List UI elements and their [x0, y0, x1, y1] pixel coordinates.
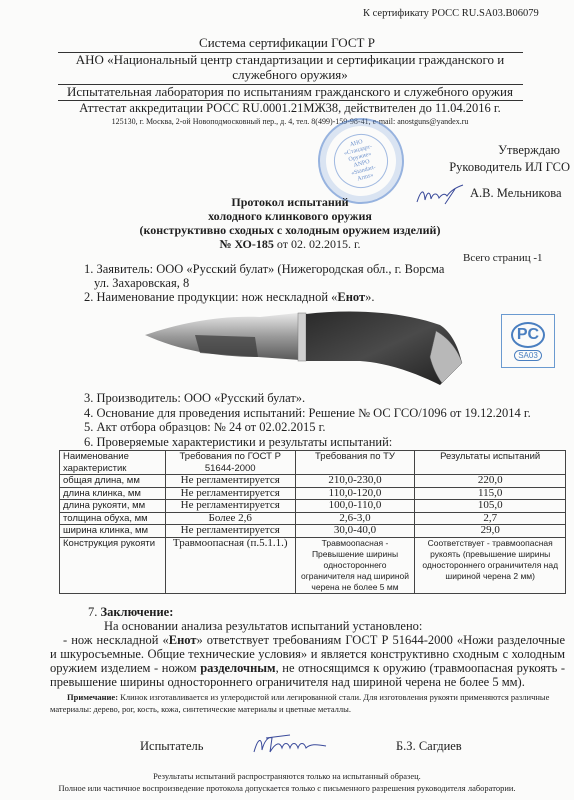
table-row: толщина обуха, мм Более 2,6 2,6-3,0 2,7 — [60, 512, 566, 525]
note-label: Примечание: — [67, 692, 118, 702]
cell: Травмоопасная (п.5.1.1.) — [165, 537, 295, 593]
table-row: Конструкция рукояти Травмоопасная (п.5.1… — [60, 537, 566, 593]
protocol-date: от 02. 02.2015. г. — [274, 237, 361, 251]
cell: Не регламентируется — [165, 500, 295, 513]
cell: Не регламентируется — [165, 487, 295, 500]
note: Примечание: Клинок изготавливается из уг… — [50, 691, 565, 715]
column-header: Требования по ГОСТ Р 51644-2000 — [165, 451, 295, 475]
gost-code: SA03 — [514, 350, 542, 361]
results-table: Наименование характеристик Требования по… — [59, 450, 566, 594]
table-row: длина рукояти, мм Не регламентируется 10… — [60, 500, 566, 513]
cell: 100,0-110,0 — [295, 500, 415, 513]
conclusion-knife-type: разделочным — [200, 661, 275, 675]
test-basis: 4. Основание для проведения испытаний: Р… — [84, 406, 564, 421]
cell: Более 2,6 — [165, 512, 295, 525]
column-header: Требования по ТУ — [295, 451, 415, 475]
cell: 210,0-230,0 — [295, 475, 415, 488]
product-label: 2. Наименование продукции: нож нескладно… — [84, 290, 337, 304]
cell: длина клинка, мм — [60, 487, 166, 500]
cell: 105,0 — [415, 500, 566, 513]
protocol-subtitle: холодного клинкового оружия — [100, 209, 480, 223]
protocol-title: Протокол испытаний — [100, 195, 480, 209]
column-header: Наименование характеристик — [60, 451, 166, 475]
certificate-reference: К сертификату РОСС RU.SA03.B06079 — [363, 8, 539, 19]
approval-position: Руководитель ИЛ ГСО — [430, 159, 570, 176]
sampling-act: 5. Акт отбора образцов: № 24 от 02.02.20… — [84, 420, 564, 435]
cell: 115,0 — [415, 487, 566, 500]
protocol-subtitle-2: (конструктивно сходных с холодным оружие… — [100, 223, 480, 237]
product-suffix: ». — [365, 290, 374, 304]
tester-name: Б.З. Сагдиев — [396, 739, 462, 754]
note-text: Клинок изготавливается из углеродистой и… — [50, 692, 549, 714]
protocol-title-block: Протокол испытаний холодного клинкового … — [100, 195, 480, 251]
signature-icon — [250, 732, 330, 758]
product-name: Енот — [337, 290, 365, 304]
table-row: длина клинка, мм Не регламентируется 110… — [60, 487, 566, 500]
cell: 2,7 — [415, 512, 566, 525]
cell: 2,6-3,0 — [295, 512, 415, 525]
info-items: 1. Заявитель: ООО «Русский булат» (Нижег… — [84, 262, 544, 304]
info-items-2: 3. Производитель: ООО «Русский булат». 4… — [84, 391, 564, 449]
system-title: Система сертификации ГОСТ Р — [0, 35, 574, 51]
accreditation-line: Аттестат аккредитации РОСС RU.0001.21МЖ3… — [60, 101, 520, 116]
cell: Травмоопасная - Превышение ширины одност… — [295, 537, 415, 593]
laboratory-name: Испытательная лаборатория по испытаниям … — [60, 84, 520, 100]
approval-block: Утверждаю Руководитель ИЛ ГСО — [430, 142, 570, 176]
cell: 110,0-120,0 — [295, 487, 415, 500]
gost-certification-logo: PC SA03 — [501, 314, 555, 368]
conclusion-text-part: - нож нескладной « — [63, 633, 169, 647]
footer-line: Результаты испытаний распространяются то… — [0, 770, 574, 782]
approval-label: Утверждаю — [430, 142, 570, 159]
conclusion-section: 7. Заключение: На основании анализа резу… — [50, 605, 565, 689]
cell: Конструкция рукояти — [60, 537, 166, 593]
product-name-line: 2. Наименование продукции: нож нескладно… — [84, 290, 544, 304]
cell: Не регламентируется — [165, 475, 295, 488]
cell: Не регламентируется — [165, 525, 295, 538]
cell: длина рукояти, мм — [60, 500, 166, 513]
conclusion-title: Заключение: — [101, 605, 174, 619]
conclusion-number: 7. — [88, 605, 101, 619]
applicant-address: ул. Захаровская, 8 — [84, 276, 544, 290]
conclusion-product-name: Енот — [169, 633, 197, 647]
tester-label: Испытатель — [140, 739, 203, 754]
cell: 29,0 — [415, 525, 566, 538]
applicant: 1. Заявитель: ООО «Русский булат» (Нижег… — [84, 262, 544, 276]
gost-mark-icon: PC — [511, 322, 545, 348]
manufacturer: 3. Производитель: ООО «Русский булат». — [84, 391, 564, 406]
approval-name: А.В. Мельникова — [470, 186, 562, 201]
cell: Соответствует - травмоопасная рукоять (п… — [415, 537, 566, 593]
conclusion-text: - нож нескладной «Енот» ответствует треб… — [50, 633, 565, 689]
column-header: Результаты испытаний — [415, 451, 566, 475]
protocol-number: № ХО-185 — [219, 237, 273, 251]
conclusion-intro: На основании анализа результатов испытан… — [50, 619, 565, 633]
table-row: ширина клинка, мм Не регламентируется 30… — [60, 525, 566, 538]
organization-name: АНО «Национальный центр стандартизации и… — [60, 52, 520, 82]
table-caption: 6. Проверяемые характеристики и результа… — [84, 435, 564, 450]
cell: 30,0-40,0 — [295, 525, 415, 538]
address-line: 125130, г. Москва, 2-ой Новоподмосковный… — [40, 117, 540, 126]
footer-line: Полное или частичное воспроизведение про… — [0, 782, 574, 794]
footer: Результаты испытаний распространяются то… — [0, 770, 574, 794]
cell: ширина клинка, мм — [60, 525, 166, 538]
cell: 220,0 — [415, 475, 566, 488]
cell: общая длина, мм — [60, 475, 166, 488]
conclusion-heading: 7. Заключение: — [50, 605, 565, 619]
knife-image — [140, 305, 470, 390]
table-header-row: Наименование характеристик Требования по… — [60, 451, 566, 475]
cell: толщина обуха, мм — [60, 512, 166, 525]
table-row: общая длина, мм Не регламентируется 210,… — [60, 475, 566, 488]
